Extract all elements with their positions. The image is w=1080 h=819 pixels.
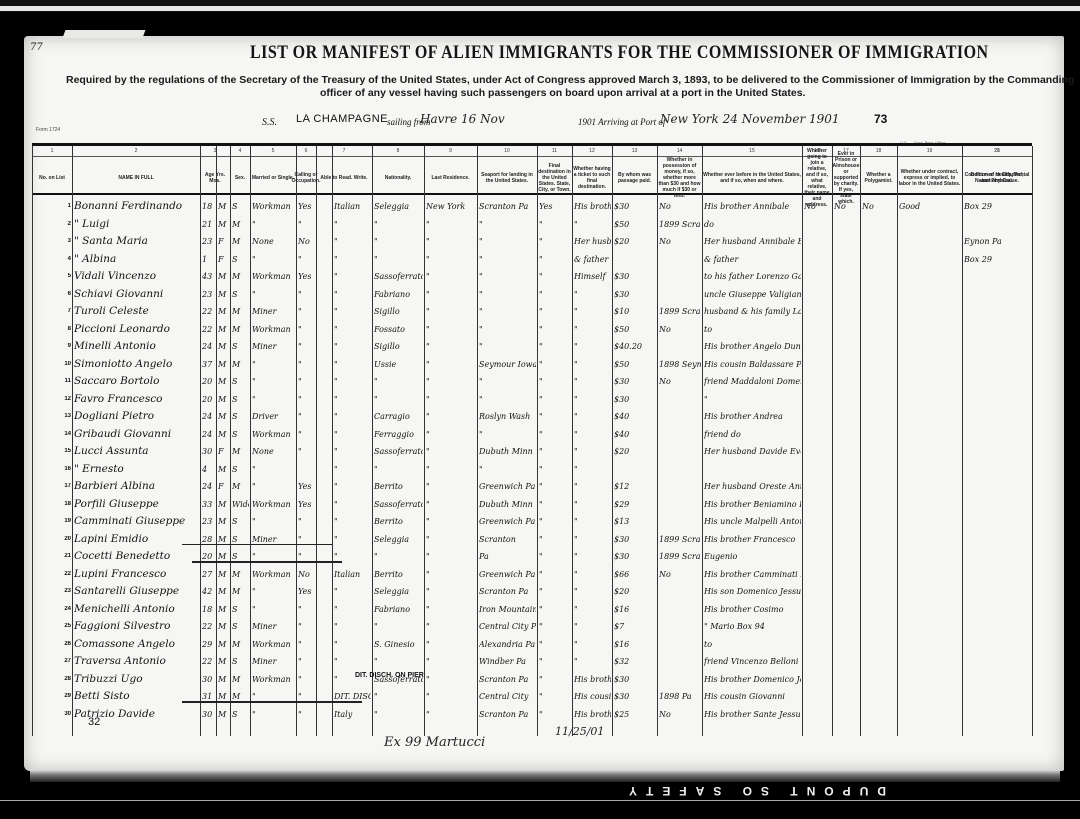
cell-destination: " <box>479 237 536 246</box>
cell-ticket: " <box>539 290 571 299</box>
cell-nationality: " <box>334 342 371 351</box>
cell-destination: Central City <box>479 692 536 701</box>
column-number: 21 <box>962 148 1032 154</box>
cell-residence: " <box>374 377 423 386</box>
cell-money: $50 <box>614 220 656 229</box>
cell-read: " <box>298 710 315 719</box>
cell-name: Piccioni Leonardo <box>74 323 199 335</box>
cell-no: 6 <box>34 291 71 297</box>
cell-name: " Ernesto <box>74 463 199 475</box>
cell-sex: M <box>218 517 229 526</box>
cell-read: " <box>298 640 315 649</box>
cell-destination: Iron Mountain <box>479 605 536 614</box>
cell-nationality: " <box>334 272 371 281</box>
cell-occupation: Miner <box>252 535 295 544</box>
column-number: 2 <box>72 148 200 154</box>
cell-joining: to <box>704 325 801 334</box>
cell-paid-by: " <box>574 377 611 386</box>
cell-age: 4 <box>202 465 215 474</box>
cell-destination: Greenwich Pa <box>479 482 536 491</box>
cell-paid-by: " <box>574 482 611 491</box>
cell-joining: uncle Giuseppe Valigiani Oakwood Pa <box>704 290 801 299</box>
cell-name: Favro Francesco <box>74 393 199 405</box>
cell-seaport: " <box>426 500 476 509</box>
cell-ticket: " <box>539 535 571 544</box>
cell-read: " <box>298 430 315 439</box>
cell-read: " <box>298 517 315 526</box>
film-top-edge <box>0 0 1080 12</box>
cell-sex: M <box>218 692 229 701</box>
corner-mark: 77 <box>30 42 43 53</box>
cell-read: Yes <box>298 587 315 596</box>
cell-residence: Sassoferrato <box>374 447 423 456</box>
cell-joining: His brother Annibale <box>704 202 801 211</box>
cell-residence: Berrito <box>374 570 423 579</box>
cell-age: 22 <box>202 622 215 631</box>
cell-money: $30 <box>614 272 656 281</box>
film-edge-text: DUPONT SO SAFETY <box>620 784 886 798</box>
column-header: Ever in Prison or Almshouse or supported… <box>833 162 859 194</box>
column-number: 11 <box>537 148 572 154</box>
column-number: 4 <box>230 148 250 154</box>
cell-occupation: Workman <box>252 570 295 579</box>
cell-occupation: Workman <box>252 202 295 211</box>
cell-read: Yes <box>298 500 315 509</box>
cell-nationality: " <box>334 220 371 229</box>
cell-before: No <box>659 377 701 386</box>
cell-ticket: " <box>539 395 571 404</box>
cell-money: $40 <box>614 412 656 421</box>
cell-residence: Seleggia <box>374 587 423 596</box>
subtitle-line-1: Required by the regulations of the Secre… <box>66 74 1074 86</box>
cell-age: 43 <box>202 272 215 281</box>
cell-nationality: " <box>334 517 371 526</box>
cell-no: 16 <box>34 466 71 472</box>
table-row: 11Saccaro Bortolo20MS""""""""$30Nofriend… <box>32 373 1032 390</box>
cell-joining: Her husband Oreste Antonio <box>704 482 801 491</box>
cell-paid-by: " <box>574 447 611 456</box>
table-row: 14Gribaudi Giovanni24MSWorkman""Ferraggi… <box>32 426 1032 443</box>
table-row: 4" Albina1FS"""""""& father& fatherBox 2… <box>32 251 1032 268</box>
cell-before: 1899 Scranton <box>659 307 701 316</box>
cell-destination: " <box>479 255 536 264</box>
cell-destination: Dubuth Minn <box>479 500 536 509</box>
cell-seaport: " <box>426 640 476 649</box>
cell-read: " <box>298 552 315 561</box>
table-row: 15Lucci Assunta30FMNone""Sassoferrato"Du… <box>32 443 1032 460</box>
cell-age: 20 <box>202 377 215 386</box>
cell-money: $30 <box>614 395 656 404</box>
cell-destination: " <box>479 307 536 316</box>
cell-money: $30 <box>614 202 656 211</box>
cell-health: Good <box>899 202 961 211</box>
cell-no: 24 <box>34 606 71 612</box>
cell-joining: & father <box>704 255 801 264</box>
cell-sex: M <box>218 675 229 684</box>
table-row: 21Cocetti Benedetto20MS"""""Pa""$301899 … <box>32 548 1032 565</box>
cell-age: 30 <box>202 447 215 456</box>
cell-destination: " <box>479 395 536 404</box>
page-title: LIST OR MANIFEST OF ALIEN IMMIGRANTS FOR… <box>250 42 850 64</box>
cell-destination: " <box>479 325 536 334</box>
cell-paid-by: " <box>574 220 611 229</box>
cell-joining: Eugenio <box>704 552 801 561</box>
cell-ticket: " <box>539 657 571 666</box>
cell-married: M <box>232 325 249 334</box>
cell-money: $40.20 <box>614 342 656 351</box>
cell-paid-by: " <box>574 325 611 334</box>
cell-paid-by: " <box>574 570 611 579</box>
cell-read: " <box>298 692 315 701</box>
table-row: 2" Luigi21MM""""""""$501899 Scrantondo <box>32 216 1032 233</box>
cell-occupation: Driver <box>252 412 295 421</box>
cell-married: S <box>232 465 249 474</box>
cell-sex: M <box>218 412 229 421</box>
cell-seaport: New York <box>426 202 476 211</box>
cell-no: 5 <box>34 273 71 279</box>
cell-nationality: " <box>334 657 371 666</box>
cell-age: 37 <box>202 360 215 369</box>
cell-residence: Berrito <box>374 482 423 491</box>
cell-occupation: Workman <box>252 430 295 439</box>
cell-name: " Albina <box>74 253 199 265</box>
cell-paid-by: " <box>574 290 611 299</box>
cell-paid-by: " <box>574 622 611 631</box>
cell-occupation: Miner <box>252 622 295 631</box>
cell-residence: " <box>374 465 423 474</box>
table-row: 27Traversa Antonio22MSMiner""""Windber P… <box>32 653 1032 670</box>
column-number: 10 <box>477 148 537 154</box>
cell-age: 18 <box>202 202 215 211</box>
cell-no: 8 <box>34 326 71 332</box>
column-header: Final destination in the United States. … <box>538 162 571 194</box>
cell-married: S <box>232 605 249 614</box>
cell-residence: " <box>374 255 423 264</box>
cell-joining: do <box>704 220 801 229</box>
cell-age: 22 <box>202 307 215 316</box>
cell-ticket: " <box>539 500 571 509</box>
cell-read: " <box>298 447 315 456</box>
cell-read: " <box>298 342 315 351</box>
cell-destination: " <box>479 430 536 439</box>
cell-married: M <box>232 237 249 246</box>
cell-married: M <box>232 307 249 316</box>
cell-name: Vidali Vincenzo <box>74 270 199 282</box>
cell-paid-by: His cousin <box>574 692 611 701</box>
cell-money: $12 <box>614 482 656 491</box>
cell-joining: His brother Domenico Jessup Pa Box 38 <box>704 675 801 684</box>
cell-name: " Luigi <box>74 218 199 230</box>
cell-occupation: " <box>252 552 295 561</box>
cell-sex: M <box>218 377 229 386</box>
cell-residence: Fabriano <box>374 290 423 299</box>
cell-sex: M <box>218 202 229 211</box>
cell-age: 22 <box>202 657 215 666</box>
cell-read: " <box>298 535 315 544</box>
cell-money: $30 <box>614 535 656 544</box>
column-number: 13 <box>612 148 657 154</box>
cell-name: Cocetti Benedetto <box>74 550 199 562</box>
cell-name: Saccaro Bortolo <box>74 375 199 387</box>
cell-money: $30 <box>614 377 656 386</box>
cell-destination: Roslyn Wash <box>479 412 536 421</box>
torn-edge <box>63 30 146 38</box>
cell-age: 22 <box>202 325 215 334</box>
cell-seaport: " <box>426 517 476 526</box>
cell-nationality: " <box>334 465 371 474</box>
column-number: 8 <box>372 148 424 154</box>
cell-sex: F <box>218 447 229 456</box>
cell-no: 20 <box>34 536 71 542</box>
cell-seaport: " <box>426 342 476 351</box>
cell-polygamist: No <box>834 202 859 211</box>
cell-paid-by: " <box>574 412 611 421</box>
cell-read: Yes <box>298 202 315 211</box>
cell-occupation: " <box>252 395 295 404</box>
cell-ticket: " <box>539 255 571 264</box>
cell-no: 10 <box>34 361 71 367</box>
cell-ticket: " <box>539 220 571 229</box>
cell-paid-by: " <box>574 465 611 474</box>
table-row: 18Porfili Giuseppe33MWidowerWorkmanYes"S… <box>32 496 1032 513</box>
cell-destination: " <box>479 272 536 281</box>
cell-joining: husband & his family Lackawanna Pa <box>704 307 801 316</box>
cell-destination: Seymour Iowa <box>479 360 536 369</box>
cell-married: S <box>232 290 249 299</box>
cell-no: 2 <box>34 221 71 227</box>
cell-seaport: " <box>426 237 476 246</box>
cell-money: $29 <box>614 500 656 509</box>
cell-nationality: DIT. DISCH. ON PIER <box>334 692 371 701</box>
cell-no: 1 <box>34 203 71 209</box>
cell-seaport: " <box>426 587 476 596</box>
cell-money: $10 <box>614 307 656 316</box>
cell-sex: M <box>218 640 229 649</box>
cell-no: 23 <box>34 588 71 594</box>
cell-married: M <box>232 675 249 684</box>
cell-seaport: " <box>426 395 476 404</box>
cell-read: " <box>298 360 315 369</box>
cell-no: 28 <box>34 676 71 682</box>
cell-nationality: " <box>334 430 371 439</box>
cell-money: $30 <box>614 290 656 299</box>
cell-read: " <box>298 255 315 264</box>
cell-married: M <box>232 220 249 229</box>
cell-money: $30 <box>614 692 656 701</box>
ship-name: LA CHAMPAGNE <box>296 113 388 125</box>
strike-through-line <box>182 701 362 703</box>
cell-ticket: " <box>539 342 571 351</box>
cell-prison: No <box>804 202 831 211</box>
cell-joining: His cousin Giovanni <box>704 692 801 701</box>
cell-occupation: Workman <box>252 640 295 649</box>
cell-seaport: " <box>426 622 476 631</box>
cell-sex: M <box>218 570 229 579</box>
cell-age: 23 <box>202 517 215 526</box>
cell-residence: Fabriano <box>374 605 423 614</box>
cell-joining: His cousin Baldassare Pietroboni <box>704 360 801 369</box>
cell-paid-by: " <box>574 500 611 509</box>
cell-occupation: Workman <box>252 675 295 684</box>
column-number: 7 <box>316 148 372 154</box>
cell-occupation: Miner <box>252 342 295 351</box>
cell-paid-by: " <box>574 342 611 351</box>
cell-married: S <box>232 430 249 439</box>
cell-residence: S. Ginesio <box>374 640 423 649</box>
cell-read: No <box>298 570 315 579</box>
cell-married: S <box>232 552 249 561</box>
cell-nationality: " <box>334 307 371 316</box>
cell-age: 1 <box>202 255 215 264</box>
cell-sex: M <box>218 657 229 666</box>
cell-married: S <box>232 535 249 544</box>
cell-joining: His brother Francesco <box>704 535 801 544</box>
cell-residence: " <box>374 657 423 666</box>
cell-nationality: " <box>334 482 371 491</box>
cell-deformed: Box 29 <box>964 255 1031 264</box>
cell-name: Lucci Assunta <box>74 445 199 457</box>
cell-age: 24 <box>202 412 215 421</box>
cell-name: Lapini Emidio <box>74 533 199 545</box>
cell-ticket: " <box>539 710 571 719</box>
cell-joining: to <box>704 640 801 649</box>
cell-age: 42 <box>202 587 215 596</box>
cell-no: 29 <box>34 693 71 699</box>
cell-occupation: " <box>252 465 295 474</box>
cell-joining: " Mario Box 94 <box>704 622 801 631</box>
table-row: 26Comassone Angelo29MMWorkman""S. Ginesi… <box>32 636 1032 653</box>
cell-destination: " <box>479 377 536 386</box>
cell-ticket: " <box>539 692 571 701</box>
cell-read: " <box>298 675 315 684</box>
cell-joining: His uncle Malpelli Antonio <box>704 517 801 526</box>
cell-ticket: " <box>539 307 571 316</box>
cell-seaport: " <box>426 535 476 544</box>
column-number: 12 <box>572 148 612 154</box>
column-header: Whether under contract, express or impli… <box>898 162 961 194</box>
cell-joining: Her husband Annibale Bonanni <box>704 237 801 246</box>
table-row: 24Menichelli Antonio18MS"""Fabriano"Iron… <box>32 601 1032 618</box>
cell-before: No <box>659 710 701 719</box>
discharged-stamp: DIT. DISCH. ON PIER <box>355 672 424 679</box>
cell-no: 22 <box>34 571 71 577</box>
cell-before: No <box>659 237 701 246</box>
cell-money: $40 <box>614 430 656 439</box>
cell-sex: M <box>218 307 229 316</box>
table-row: 17Barbieri Albina24FM"Yes"Berrito"Greenw… <box>32 478 1032 495</box>
cell-seaport: " <box>426 290 476 299</box>
column-number: 19 <box>897 148 962 154</box>
cell-nationality: " <box>334 395 371 404</box>
cell-money: $25 <box>614 710 656 719</box>
column-header: NAME IN FULL <box>73 162 199 194</box>
table-row: 30Patrizio Davide30MS""Italy""Scranton P… <box>32 706 1032 723</box>
cell-sex: M <box>218 605 229 614</box>
column-header: Whether going to join a relative, and if… <box>803 162 831 194</box>
cell-nationality: Italian <box>334 202 371 211</box>
arriving-value: New York 24 November 1901 <box>660 112 840 126</box>
cell-married: S <box>232 342 249 351</box>
cell-name: Barbieri Albina <box>74 480 199 492</box>
cell-joining: His brother Beniamino Everett Minn <box>704 500 801 509</box>
column-number: 5 <box>250 148 296 154</box>
cell-occupation: Workman <box>252 325 295 334</box>
cell-seaport: " <box>426 220 476 229</box>
cell-ticket: " <box>539 675 571 684</box>
cell-seaport: " <box>426 675 476 684</box>
cell-destination: Dubuth Minn <box>479 447 536 456</box>
cell-name: Camminati Giuseppe <box>74 515 199 527</box>
cell-residence: " <box>374 692 423 701</box>
cell-destination: Greenwich Pa <box>479 517 536 526</box>
column-header: Nationality. <box>373 162 423 194</box>
cell-destination: " <box>479 220 536 229</box>
cell-no: 7 <box>34 308 71 314</box>
column-number: 9 <box>424 148 477 154</box>
table-row: 9Minelli Antonio24MSMiner""Sigillo""""$4… <box>32 338 1032 355</box>
cell-no: 13 <box>34 413 71 419</box>
cell-married: S <box>232 412 249 421</box>
cell-ticket: Yes <box>539 202 571 211</box>
cell-occupation: " <box>252 517 295 526</box>
cell-name: Betti Sisto <box>74 690 199 702</box>
cell-nationality: " <box>334 552 371 561</box>
cell-nationality: " <box>334 622 371 631</box>
cell-nationality: " <box>334 587 371 596</box>
column-header: Whether having a ticket to such final de… <box>573 162 611 194</box>
cell-name: Simoniotto Angelo <box>74 358 199 370</box>
cell-read: " <box>298 605 315 614</box>
cell-name: Schiavi Giovanni <box>74 288 199 300</box>
cell-ticket: " <box>539 325 571 334</box>
cell-seaport: " <box>426 272 476 281</box>
cell-joining: Her husband Davide Everett Minn Box 146 <box>704 447 801 456</box>
cell-before: 1899 Scranton <box>659 552 701 561</box>
cell-money: $66 <box>614 570 656 579</box>
column-header: Married or Single. <box>251 162 295 194</box>
cell-married: M <box>232 447 249 456</box>
cell-sex: M <box>218 220 229 229</box>
table-row: 1Bonanni Ferdinando18MSWorkmanYesItalian… <box>32 198 1032 215</box>
table-row: 25Faggioni Silvestro22MSMiner""""Central… <box>32 618 1032 635</box>
cell-age: 24 <box>202 430 215 439</box>
cell-ticket: " <box>539 430 571 439</box>
cell-age: 18 <box>202 605 215 614</box>
cell-paid-by: " <box>574 640 611 649</box>
cell-money: $30 <box>614 675 656 684</box>
cell-money: $20 <box>614 447 656 456</box>
cell-residence: " <box>374 395 423 404</box>
cell-paid-by: " <box>574 657 611 666</box>
column-header: Sex. <box>231 162 249 194</box>
cell-occupation: " <box>252 220 295 229</box>
column-number: 6 <box>296 148 316 154</box>
cell-deformed: Eynon Pa <box>964 237 1031 246</box>
cell-before: 1899 Scranton <box>659 220 701 229</box>
cell-paid-by: " <box>574 430 611 439</box>
cell-residence: Sassoferrato <box>374 500 423 509</box>
cell-destination: " <box>479 465 536 474</box>
cell-residence: " <box>374 220 423 229</box>
cell-read: " <box>298 220 315 229</box>
cell-no: 25 <box>34 623 71 629</box>
cell-sex: M <box>218 272 229 281</box>
cell-no: 17 <box>34 483 71 489</box>
cell-joining: friend Maddaloni Domenico Box 55 <box>704 377 801 386</box>
column-number: 1 <box>32 148 72 154</box>
cell-money: $50 <box>614 325 656 334</box>
cell-ticket: " <box>539 605 571 614</box>
